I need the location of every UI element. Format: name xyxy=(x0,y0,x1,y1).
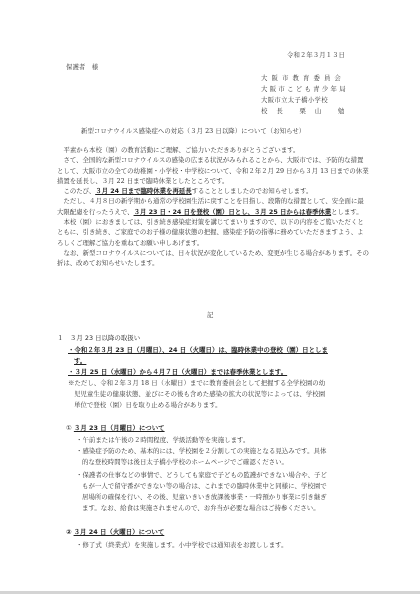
document-title: 新型コロナウイルス感染症への対応（３月 23 日以降）について（お知らせ） xyxy=(81,127,305,136)
subsection-2-title: ３月 24 日（火曜日）について xyxy=(74,528,165,536)
attendance-highlight: ３月 23 日・24 日を登校（園）日とし、３月 25 日からは春季休業 xyxy=(134,208,332,216)
sub1-item-3-cont-3: ます。なお、給食は実施されませんので、お弁当が必要な場合はご持参ください。 xyxy=(82,504,320,513)
sender-children-bureau: 大阪市こども青少年局 xyxy=(261,85,348,94)
extension-pre: このたび、 xyxy=(64,187,96,195)
sub1-item-2-cont: 的な登校時間等は後日太子橋小学校のホームページでご確認ください。 xyxy=(82,458,288,467)
ki-marker: 記 xyxy=(207,311,213,320)
section-1-heading: １ ３月 23 日以降の取扱い xyxy=(57,334,140,343)
paragraph-attendance: ただし、４月８日の新学期から通常の学校園生活に戻すことを目指し、段階的な措置とし… xyxy=(57,196,369,217)
attendance-post: とします。 xyxy=(331,208,362,216)
section-1-bullet-1-cont: す。 xyxy=(74,357,86,366)
body-text: 平素から本校（園）の教育活動にご理解、ご協力いただきありがとうございます。 さて… xyxy=(57,145,369,269)
sub1-item-3-cont-1: もが一人で留守番ができない等の場合は、これまでの臨時休業中と同様に、学校園で xyxy=(82,482,327,491)
paragraph-greeting: 平素から本校（園）の教育活動にご理解、ご協力いただきありがとうございます。 xyxy=(57,145,369,155)
section-1-note-line-3: 単位で登校（園）日を取り止める場合があります。 xyxy=(74,401,222,410)
paragraph-background: さて、全国的な新型コロナウイルスの感染の広まる状況がみられることから、大阪市では… xyxy=(57,155,369,186)
section-1-bullet-1: ・令和２年３月 23 日（月曜日）、24 日（火曜日）は、臨時休業中の登校（園）… xyxy=(68,346,328,355)
sub1-item-2: ・感染症予防のため、基本的には、学校園を２分割しての実施となる見込みです。具体 xyxy=(76,447,326,456)
document-date: 令和２年３月１３日 xyxy=(287,51,345,60)
circled-number-1: ① xyxy=(66,424,72,432)
section-1-bullet-2: ・３月 25 日（水曜日）から４月７日（火曜日）までは春季休業とします。 xyxy=(68,368,287,377)
sub1-item-1: ・午前または午後の２時間程度、学級活動等を実施します。 xyxy=(76,436,249,445)
sub2-item-1: ・修了式（終業式）を実施します。小中学校では通知表をお渡しします。 xyxy=(76,541,288,550)
paragraph-request: 本校（園）におきましては、引き続き感染症対策を講じてまいりますので、以下の内容を… xyxy=(57,217,369,248)
recipient: 保護者 様 xyxy=(66,63,98,72)
sender-board-of-education: 大阪市教育委員会 xyxy=(261,74,345,83)
sub1-item-3-cont-2: 居場所の確保を行い、その後、児童いきいき放課後事業・一時預かり事業に引き継ぎ xyxy=(82,493,327,502)
circled-number-2: ② xyxy=(66,528,71,536)
subsection-2-heading: ② ３月 24 日（火曜日）について xyxy=(66,528,164,537)
sub1-item-3: ・保護者の仕事などの事情で、どうしても家庭で子どもの監護ができない場合や、子ど xyxy=(76,471,327,480)
section-1-note-line-2: 児児童生徒の健康状態、並びにその後も含めた感染の拡大の状況等によっては、学校園 xyxy=(74,390,325,399)
principal-name: 校 長 栗 山 勉 xyxy=(261,107,346,116)
sender-school: 大阪市立太子橋小学校 xyxy=(261,96,328,105)
paragraph-extension: このたび、３月 24 日まで臨時休業を再延長することとしましたのでお知らせします… xyxy=(57,186,369,196)
section-1-note-line-1: ※ただし、令和２年３月 18 日（水曜日）までに教育委員会として把握する全学校園… xyxy=(68,379,325,388)
paragraph-notice: なお、新型コロナウイルスについては、日々状況が変化しているため、変更が生じる場合… xyxy=(57,248,369,269)
extension-highlight: ３月 24 日まで臨時休業を再延長 xyxy=(95,187,191,195)
extension-post: することとしましたのでお知らせします。 xyxy=(192,187,313,195)
document-page: 令和２年３月１３日 保護者 様 大阪市教育委員会 大阪市こども青少年局 大阪市立… xyxy=(0,0,420,594)
subsection-1-title: ３月 23 日（月曜日）について xyxy=(74,424,165,432)
subsection-1-heading: ① ３月 23 日（月曜日）について xyxy=(66,424,165,433)
